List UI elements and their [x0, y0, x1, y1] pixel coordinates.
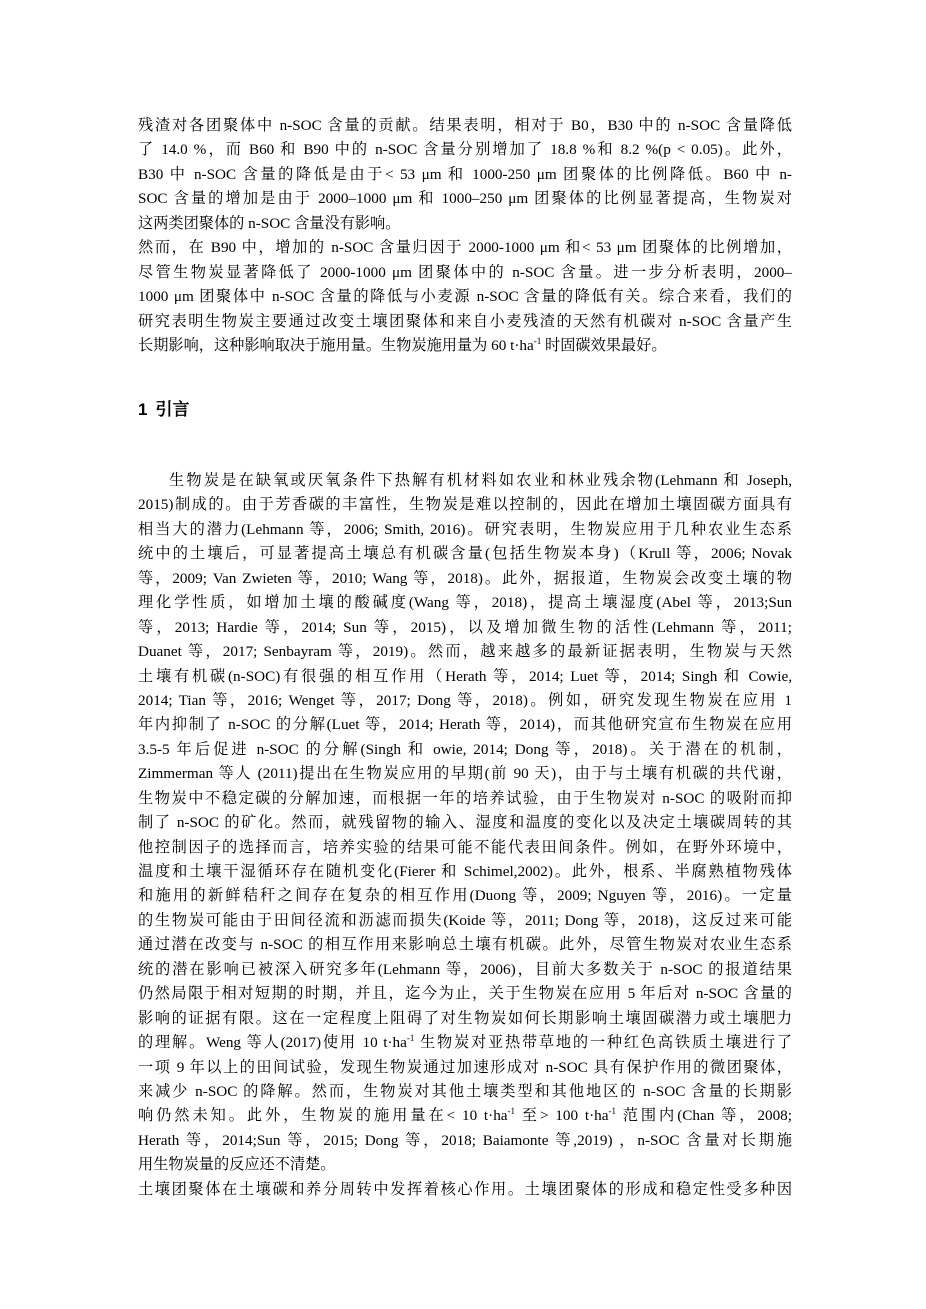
text-line: 仍然局限于相对短期的时期，并且，迄今为止，关于生物炭在应用 5 年后对 n-SO… — [138, 982, 792, 1006]
text-segment: 长期影响，这种影响取决于施用量。生物炭施用量为 60 t·ha — [138, 337, 534, 354]
abstract-paragraph-1: 残渣对各团聚体中 n-SOC 含量的贡献。结果表明，相对于 B0，B30 中的 … — [138, 114, 792, 236]
text-line: SOC 含量的增加是由于 2000–1000 μm 和 1000–250 μm … — [138, 187, 792, 211]
text-line: 这两类团聚体的 n-SOC 含量没有影响。 — [138, 212, 792, 236]
text-line: 统的潜在影响已被深入研究多年(Lehmann 等，2006)，目前大多数关于 n… — [138, 958, 792, 982]
text-line: B30 中 n-SOC 含量的降低是由于< 53 μm 和 1000-250 μ… — [138, 163, 792, 187]
text-line: 残渣对各团聚体中 n-SOC 含量的贡献。结果表明，相对于 B0，B30 中的 … — [138, 114, 792, 138]
text-line: 了 14.0 %，而 B60 和 B90 中的 n-SOC 含量分别增加了 18… — [138, 138, 792, 162]
text-line: 土壤有机碳(n-SOC)有很强的相互作用（Herath 等，2014; Luet… — [138, 665, 792, 689]
abstract-section: 残渣对各团聚体中 n-SOC 含量的贡献。结果表明，相对于 B0，B30 中的 … — [138, 114, 792, 358]
intro-paragraph: 生物炭是在缺氧或厌氧条件下热解有机材料如农业和林业残余物(Lehmann 和 J… — [138, 469, 792, 1202]
text-line: 研究表明生物炭主要通过改变土壤团聚体和来自小麦残渣的天然有机碳对 n-SOC 含… — [138, 310, 792, 334]
text-line: 生物炭是在缺氧或厌氧条件下热解有机材料如农业和林业残余物(Lehmann 和 J… — [138, 469, 792, 493]
text-line: 等，2013; Hardie 等，2014; Sun 等，2015)，以及增加微… — [138, 616, 792, 640]
text-line: 的理解。Weng 等人(2017)使用 10 t·ha-1 生物炭对亚热带草地的… — [138, 1031, 792, 1055]
text-line: 制了 n-SOC 的矿化。然而，就残留物的输入、湿度和温度的变化以及决定土壤碳周… — [138, 811, 792, 835]
superscript: -1 — [508, 1106, 516, 1116]
superscript: -1 — [608, 1106, 616, 1116]
text-line: Zimmerman 等人 (2011)提出在生物炭应用的早期(前 90 天)，由… — [138, 762, 792, 786]
text-line: 一项 9 年以上的田间试验，发现生物炭通过加速形成对 n-SOC 具有保护作用的… — [138, 1056, 792, 1080]
text-line: 的生物炭可能由于田间径流和沥滤而损失(Koide 等，2011; Dong 等，… — [138, 909, 792, 933]
text-segment: 生物炭对亚热带草地的一种红色高铁质土壤进行了 — [414, 1034, 792, 1051]
text-line: 理化学性质，如增加土壤的酸碱度(Wang 等，2018)，提高土壤湿度(Abel… — [138, 591, 792, 615]
text-line: 2014; Tian 等，2016; Wenget 等，2017; Dong 等… — [138, 689, 792, 713]
text-line: Herath 等，2014;Sun 等，2015; Dong 等，2018; B… — [138, 1129, 792, 1153]
text-line: 然而，在 B90 中，增加的 n-SOC 含量归因于 2000-1000 μm … — [138, 236, 792, 260]
text-line: 相当大的潜力(Lehmann 等，2006; Smith, 2016)。研究表明… — [138, 518, 792, 542]
next-paragraph-line: 土壤团聚体在土壤碳和养分周转中发挥着核心作用。土壤团聚体的形成和稳定性受多种因 — [138, 1178, 792, 1202]
text-line: 用生物炭量的反应还不清楚。 — [138, 1153, 792, 1177]
abstract-paragraph-2: 然而，在 B90 中，增加的 n-SOC 含量归因于 2000-1000 μm … — [138, 236, 792, 358]
text-line: 统中的土壤后，可显著提高土壤总有机碳含量(包括生物炭本身)（Krull 等，20… — [138, 542, 792, 566]
section-heading: 1引言 — [138, 398, 189, 422]
text-line: 长期影响，这种影响取决于施用量。生物炭施用量为 60 t·ha-1 时固碳效果最… — [138, 334, 792, 358]
text-line: 影响的证据有限。这在一定程度上阻碍了对生物炭如何长期影响土壤固碳潜力或土壤肥力 — [138, 1007, 792, 1031]
text-line: 尽管生物炭显著降低了 2000-1000 μm 团聚体中的 n-SOC 含量。进… — [138, 261, 792, 285]
superscript: -1 — [534, 336, 542, 346]
text-line: 年内抑制了 n-SOC 的分解(Luet 等，2014; Herath 等，20… — [138, 713, 792, 737]
section-number: 1 — [138, 400, 147, 419]
text-segment: 时固碳效果最好。 — [541, 337, 666, 354]
text-segment: 响仍然未知。此外，生物炭的施用量在< 10 t·ha — [138, 1107, 508, 1124]
text-segment: 至> 100 t·ha — [515, 1107, 608, 1124]
section-title: 引言 — [155, 400, 189, 419]
text-line: Duanet 等，2017; Senbayram 等，2019)。然而，越来越多… — [138, 640, 792, 664]
superscript: -1 — [407, 1033, 415, 1043]
text-line: 响仍然未知。此外，生物炭的施用量在< 10 t·ha-1 至> 100 t·ha… — [138, 1104, 792, 1128]
text-line: 3.5-5 年后促进 n-SOC 的分解(Singh 和 owie, 2014;… — [138, 738, 792, 762]
text-line: 1000 μm 团聚体中 n-SOC 含量的降低与小麦源 n-SOC 含量的降低… — [138, 285, 792, 309]
text-line: 和施用的新鲜秸秆之间存在复杂的相互作用(Duong 等，2009; Nguyen… — [138, 884, 792, 908]
text-line: 等，2009; Van Zwieten 等，2010; Wang 等，2018)… — [138, 567, 792, 591]
text-line: 2015)制成的。由于芳香碳的丰富性，生物炭是难以控制的，因此在增加土壤固碳方面… — [138, 493, 792, 517]
text-line: 来减少 n-SOC 的降解。然而，生物炭对其他土壤类型和其他地区的 n-SOC … — [138, 1080, 792, 1104]
text-line: 温度和土壤干湿循环存在随机变化(Fierer 和 Schimel,2002)。此… — [138, 860, 792, 884]
text-line: 通过潜在改变与 n-SOC 的相互作用来影响总土壤有机碳。此外，尽管生物炭对农业… — [138, 933, 792, 957]
text-segment: 范围内(Chan 等，2008; — [616, 1107, 792, 1124]
text-line: 他控制因子的选择而言，培养实验的结果可能不能代表田间条件。例如，在野外环境中， — [138, 836, 792, 860]
text-segment: 的理解。Weng 等人(2017)使用 10 t·ha — [138, 1034, 407, 1051]
text-line: 生物炭中不稳定碳的分解加速，而根据一年的培养试验，由于生物炭对 n-SOC 的吸… — [138, 787, 792, 811]
